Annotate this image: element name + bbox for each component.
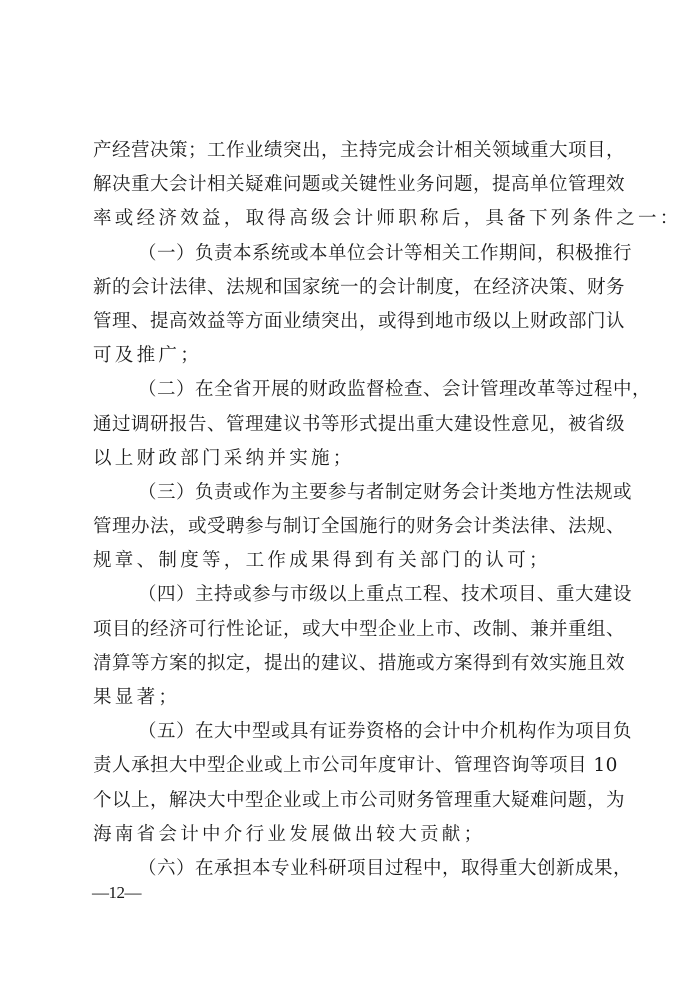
text-line: 解决重大会计相关疑难问题或关键性业务问题，提高单位管理效 (93, 168, 615, 202)
paragraph-item-4: （四）主持或参与市级以上重点工程、技术项目、重大建设 项目的经济可行性论证，或大… (93, 578, 615, 715)
text-line: 清算等方案的拟定，提出的建议、措施或方案得到有效实施且效 (93, 647, 615, 681)
page-number: —12— (92, 881, 141, 905)
text-line: （五）在大中型或具有证券资格的会计中介机构作为项目负 (93, 715, 615, 749)
document-body: 产经营决策；工作业绩突出，主持完成会计相关领域重大项目， 解决重大会计相关疑难问… (93, 134, 615, 886)
text-line: 通过调研报告、管理建议书等形式提出重大建设性意见，被省级 (93, 408, 615, 442)
text-line: 果显著； (93, 681, 615, 715)
text-line: 项目的经济可行性论证，或大中型企业上市、改制、兼并重组、 (93, 613, 615, 647)
text-line: 可及推广； (93, 339, 615, 373)
text-line: 个以上，解决大中型企业或上市公司财务管理重大疑难问题，为 (93, 784, 615, 818)
text-line: 责人承担大中型企业或上市公司年度审计、管理咨询等项目 10 (93, 749, 615, 783)
text-line: 以上财政部门采纳并实施； (93, 442, 615, 476)
text-line: 新的会计法律、法规和国家统一的会计制度，在经济决策、财务 (93, 271, 615, 305)
paragraph-intro: 产经营决策；工作业绩突出，主持完成会计相关领域重大项目， 解决重大会计相关疑难问… (93, 134, 615, 237)
paragraph-item-6: （六）在承担本专业科研项目过程中，取得重大创新成果， (93, 852, 615, 886)
paragraph-item-1: （一）负责本系统或本单位会计等相关工作期间，积极推行 新的会计法律、法规和国家统… (93, 237, 615, 374)
text-line: 海南省会计中介行业发展做出较大贡献； (93, 818, 615, 852)
text-line: 产经营决策；工作业绩突出，主持完成会计相关领域重大项目， (93, 134, 615, 168)
text-line: 率或经济效益，取得高级会计师职称后，具备下列条件之一： (93, 202, 615, 236)
text-line: （三）负责或作为主要参与者制定财务会计类地方性法规或 (93, 476, 615, 510)
text-line: （二）在全省开展的财政监督检查、会计管理改革等过程中， (93, 373, 615, 407)
text-line: 管理办法，或受聘参与制订全国施行的财务会计类法律、法规、 (93, 510, 615, 544)
text-line: （四）主持或参与市级以上重点工程、技术项目、重大建设 (93, 578, 615, 612)
document-page: 产经营决策；工作业绩突出，主持完成会计相关领域重大项目， 解决重大会计相关疑难问… (0, 0, 700, 990)
text-line: （六）在承担本专业科研项目过程中，取得重大创新成果， (93, 852, 615, 886)
paragraph-item-3: （三）负责或作为主要参与者制定财务会计类地方性法规或 管理办法，或受聘参与制订全… (93, 476, 615, 579)
text-line: 管理、提高效益等方面业绩突出，或得到地市级以上财政部门认 (93, 305, 615, 339)
paragraph-item-2: （二）在全省开展的财政监督检查、会计管理改革等过程中， 通过调研报告、管理建议书… (93, 373, 615, 476)
text-line: 规章、制度等，工作成果得到有关部门的认可； (93, 544, 615, 578)
text-line: （一）负责本系统或本单位会计等相关工作期间，积极推行 (93, 237, 615, 271)
paragraph-item-5: （五）在大中型或具有证券资格的会计中介机构作为项目负 责人承担大中型企业或上市公… (93, 715, 615, 852)
